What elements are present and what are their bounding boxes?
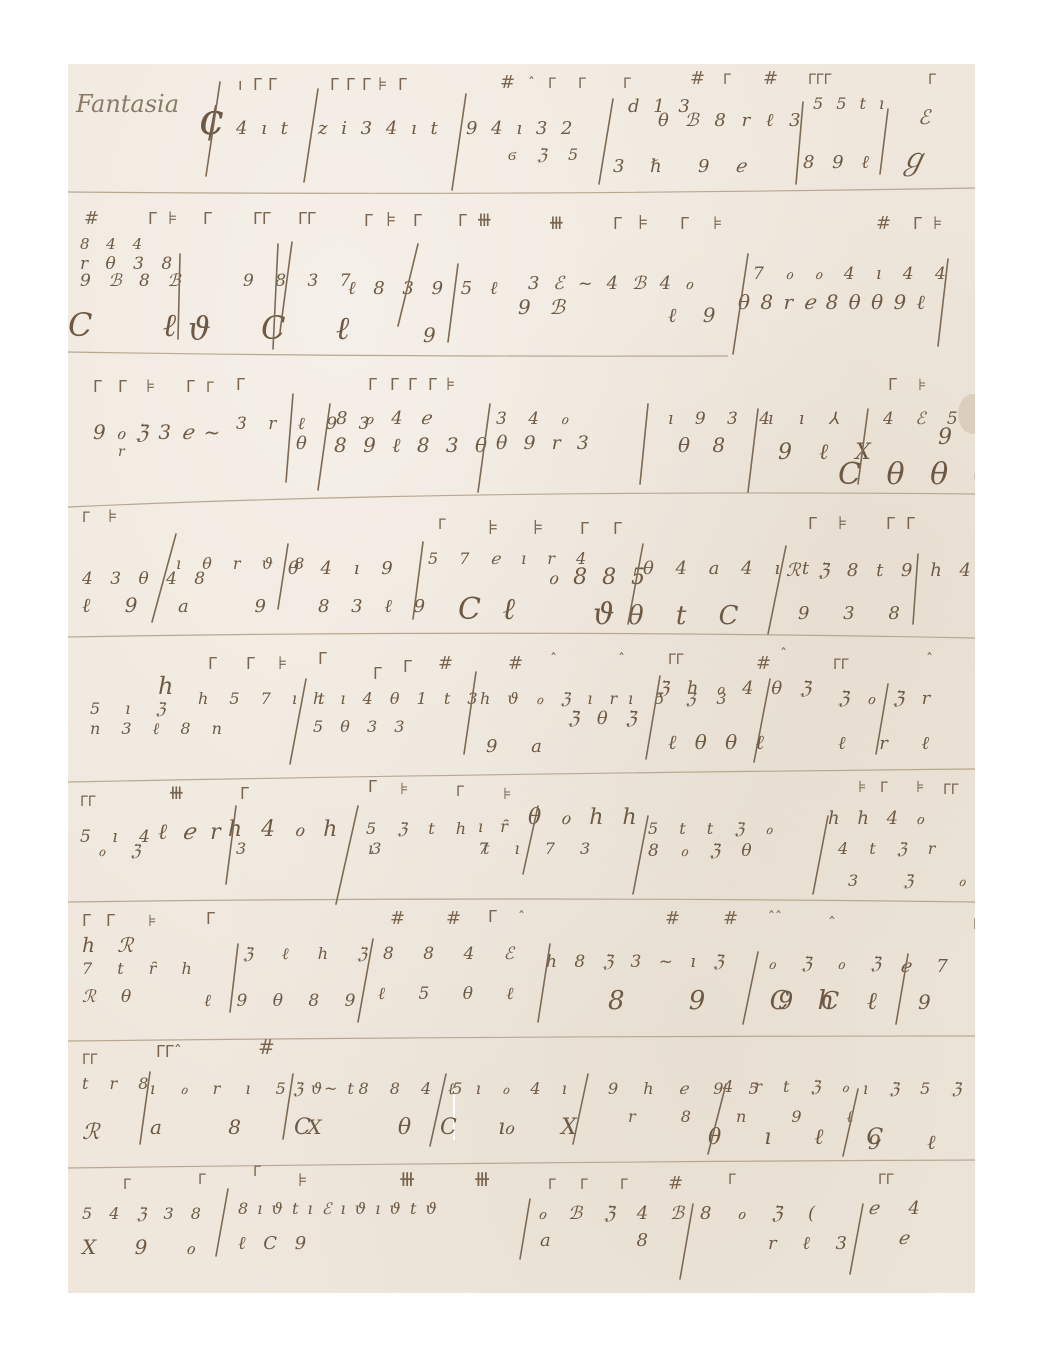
tab-chord-upper: 5 4 ℨ 3 8 [82, 1204, 207, 1223]
rhythm-flag: ᒥᒥ [878, 1172, 894, 1188]
rhythm-flag: ᒥ [246, 654, 255, 673]
tab-chord-upper: 5 ı ℨ [90, 699, 175, 718]
tab-chord-upper: ℎ 8 ℨ 3 ~ ı ℨ [546, 952, 730, 972]
tab-chord-upper: ℨ ℓ ℎ ℨ [243, 944, 379, 963]
rhythm-flag: ⊧ [503, 784, 511, 803]
tab-chord-upper: 9 4 ı 3 2 [466, 118, 576, 139]
rhythm-flag: ᒥ [458, 211, 467, 230]
barline [286, 394, 293, 482]
rhythm-flag: ᒥ [240, 784, 249, 803]
tab-chord-upper: 5 ℨ t ℎ [366, 819, 474, 838]
tab-chord-lower: θ t C [628, 601, 751, 631]
tab-chord-lower: 9 ℬ [518, 295, 571, 319]
rhythm-flag: ᒥᒥˆ [156, 1042, 182, 1061]
rhythm-flag: ᒥ [403, 657, 412, 676]
rhythm-flag: ⊧ [858, 777, 866, 796]
rhythm-flag: ⊧ [638, 210, 648, 234]
rhythm-flag: ᒥ [548, 1177, 556, 1193]
rhythm-flag: ᒥ [346, 75, 355, 94]
barline [538, 944, 550, 1022]
tab-chord-upper: 8 ℴ 4 ℯ [336, 408, 437, 429]
tab-chord-upper: ℓ ı ℴ 4 ı [448, 1079, 575, 1098]
rhythm-flag: ᒥ [723, 72, 731, 88]
rhythm-flag: ᒥ [236, 375, 245, 394]
rhythm-flag: ˆ [550, 652, 557, 668]
system-2: # ᒥ ⊧ ᒥ ᒥᒥ ᒥᒥ ᒥ ⊧ ᒥ ᒥ ⧻ ⧻ ᒥ ⊧ ᒥ ⊧ # ᒥ ⊧ … [68, 207, 954, 354]
rhythm-flag: # [763, 68, 778, 89]
rhythm-flag: ⊧ [713, 213, 722, 234]
rhythm-flag: ⊧ [533, 515, 543, 539]
tab-chord-upper: ı 9 3 4 [668, 409, 778, 429]
rhythm-flag: ᒥ [886, 514, 895, 533]
rhythm-flag: ⊧ [488, 515, 498, 539]
tab-chord-upper: ℓ 8 3 9 5 ℓ [348, 278, 503, 299]
tab-chord-upper: ℛ ℨ 8 t 9 ℎ 4 [786, 560, 975, 581]
rhythm-flag: ˆ [828, 914, 836, 933]
tab-chord-lower: 3 ℏ [613, 156, 672, 177]
rhythm-flag: ᒥ [268, 75, 277, 94]
rhythm-flag: ⊧ [378, 74, 387, 95]
tab-chord-lower: 9 [918, 990, 931, 1014]
rhythm-flag: ˆ [618, 652, 625, 668]
rhythm-flag: ᒥ [318, 649, 327, 668]
tab-chord-lower: 8 ℴ ℨ θ [648, 841, 760, 861]
rhythm-flag: ⊧ [278, 653, 287, 674]
system-9: ᒥ ᒥ ᒥ ⊧ ⧻ ⧻ ᒥ ᒥ ᒥ # ᒥ ᒥᒥ 5 4 ℨ 3 8 8 ı ϑ… [80, 1164, 932, 1279]
tab-chord-lower: 9 ℓ ℓ [868, 1130, 975, 1154]
rhythm-flag: ˆˆ [768, 910, 782, 926]
tab-chord-lower: 8 9 ℓ 8 3 θ [334, 433, 492, 457]
tab-chord-lower: ℛ [82, 1120, 101, 1145]
tab-chord-lower: C ℴ X [440, 1115, 597, 1140]
tab-chord-lower: ℛ θ [82, 987, 141, 1007]
barline [216, 1189, 228, 1256]
rhythm-flag: ᒥ [680, 214, 689, 233]
rhythm-flag: ᒥ [578, 76, 586, 92]
tab-chord-lower: ℓ 5 θ ℓ [378, 984, 527, 1004]
rhythm-flag: ᒥ [368, 777, 377, 796]
tab-chord-upper: 8 ℴ ℨ ( [700, 1203, 825, 1224]
tab-chord-upper: 8 ı ϑ t ı ℰ ı ϑ ı ϑ t ϑ [238, 1199, 439, 1218]
tab-chord-upper: 4 ı t [235, 118, 292, 139]
rhythm-flag: ᒥᒥ [298, 209, 316, 228]
rhythm-flag: ⊧ [108, 506, 117, 527]
rhythm-flag: ᒥ [373, 664, 382, 683]
rhythm-flag: ᒥᒥ [80, 794, 96, 810]
tab-chord-upper: 5 t t ℨ ℴ [648, 819, 781, 838]
tab-chord-upper: ℎ ϑ ℴ ℨ ı r [480, 689, 623, 708]
rhythm-flag: ᒥ [488, 907, 497, 926]
tab-chord-upper: t r 8 [82, 1074, 156, 1093]
tab-chord-upper: 4 ℰ 5 [882, 409, 966, 429]
tab-chord-lower: a 8 [540, 1230, 688, 1251]
rhythm-flag: ᒥ [364, 211, 373, 230]
tab-chord-lower: θ [296, 433, 307, 454]
tab-chord-upper: z i 3 4 ı t [317, 118, 442, 139]
rhythm-flag: # [723, 908, 738, 929]
tab-chord-lower: ℓ r ℓ [838, 733, 943, 754]
rhythm-flag: ᒥ [82, 911, 91, 930]
system-7: ᒥ ᒥ ⊧ ᒥ # # ᒥ ˆ # # ˆˆ ˆ ᒥᒥ ℎ ℛ 7 t ȓ ℎ … [82, 907, 975, 1024]
rhythm-flag: ᒥ [428, 375, 437, 394]
barline [640, 404, 648, 484]
rhythm-flag: ⊧ [933, 213, 942, 234]
tab-chord-upper: 3 ℰ ~ 4 ℬ 4 ℴ [528, 273, 697, 294]
rhythm-flag: ᒥ [93, 377, 102, 396]
rhythm-flag: ᒥ [888, 375, 897, 394]
system-4: ᒥ ⊧ ᒥ ⊧ ⊧ ᒥ ᒥ ᒥ ⊧ ᒥ ᒥ 4 3 θ 4 8 ı θ r ϑ … [81, 506, 975, 634]
rhythm-flag: ˆ [780, 647, 787, 663]
rhythm-flag: ᒥ [906, 514, 915, 533]
rhythm-flag: ᒥ [438, 517, 446, 533]
rhythm-flag: ᒥ [118, 377, 127, 396]
rhythm-flag: ᒥ [456, 784, 464, 800]
rhythm-flag: ᒥ [362, 75, 371, 94]
tab-chord-upper: 9 ℬ 8 ℬ [80, 271, 187, 291]
tab-chord-upper: ℎ ℛ [82, 933, 141, 957]
tab-chord-upper: θ ℴ ℎ ℎ [528, 805, 643, 830]
rhythm-flag: ⊧ [146, 376, 155, 397]
tab-chord-lower: 5 θ 3 3 [313, 717, 410, 736]
rhythm-flag: ⊧ [918, 375, 926, 394]
rhythm-flag: # [508, 653, 523, 674]
tab-chord-upper: ℴ 8 8 5 [548, 565, 649, 590]
rhythm-flag: ⊧ [168, 208, 177, 229]
rhythm-flag: ᒥ [206, 909, 215, 928]
barline [599, 99, 613, 184]
barline [448, 264, 458, 342]
tab-chord-upper: 8 4 4 [80, 235, 148, 253]
rhythm-flag: ⊧ [298, 1170, 307, 1191]
tab-chord-lower: 9 ℯ [698, 156, 756, 177]
tab-chord-upper: 9 ℴ ℨ 3 ℯ ~ [93, 420, 222, 444]
tab-chord-lower: ϭ ℨ 5 [508, 145, 586, 164]
rhythm-flag: ᒥ [253, 1164, 261, 1180]
tab-chord-lower: θ 9 r 3 [496, 432, 594, 454]
rhythm-flag: ᒥᒥ [253, 209, 271, 228]
rhythm-flag: ᒥ [123, 1177, 131, 1193]
tab-chord-lower: ϑ [593, 597, 614, 632]
tab-chord-upper: 5 5 t ı [813, 94, 888, 113]
rhythm-flag: ᒥᒥ [973, 917, 975, 933]
rhythm-flag: ᒥ [728, 1172, 736, 1188]
rhythm-flag: ᒥ [408, 375, 417, 394]
tab-chord-lower: X 9 ℴ [80, 1235, 211, 1259]
tab-chord-upper: 9 [938, 425, 952, 450]
rhythm-flag: ᒥ [368, 375, 377, 394]
tab-chord-lower: ℊ [898, 142, 928, 177]
rhythm-flag: ᒥᒥ [943, 782, 959, 798]
rhythm-flag: ᒥ [82, 510, 90, 526]
rhythm-flag: ᒥ [198, 1172, 206, 1188]
rhythm-flags: ı [238, 75, 248, 94]
rhythm-flag: ᒥ [620, 1177, 628, 1193]
rhythm-flag: ᒥ [808, 514, 817, 533]
tab-chord-lower: 9 C ℓ [778, 987, 887, 1015]
tab-chord-upper: 3 4 ℴ [496, 409, 576, 429]
tab-chord-upper: ı ȓ [478, 817, 514, 836]
tab-chord-upper: ı ℨ 5 ℨ 4 t [863, 1079, 975, 1098]
rhythm-flag: ᒥᒥ [82, 1052, 98, 1068]
rhythm-flag: ˆ [518, 910, 525, 926]
barline [452, 94, 466, 190]
tab-chord-upper: ℨ ℎ ℴ 4 θ ℨ [658, 678, 817, 699]
rhythm-flag: ˆ [926, 652, 933, 668]
rhythm-flag: ᒥ [913, 214, 922, 233]
rhythm-flag: # [438, 653, 453, 674]
tab-chord-lower: 9 a [486, 736, 556, 757]
tab-chord-lower: 9 3 8 [798, 603, 914, 624]
tab-chord-lower: ℓ 9 θ 8 9 [204, 991, 365, 1011]
system-1: ı ᒥ ᒥ ᒥ ᒥ ᒥ ⊧ ᒥ # ˆ ᒥ ᒥ ᒥ # ᒥ # ᒥᒥᒥ ᒥ 4 … [206, 68, 936, 190]
tab-chord-lower: 8 9 ℓ [803, 152, 875, 173]
rhythm-flag: ᒥ [413, 211, 422, 230]
rhythm-flag: # [500, 72, 515, 93]
rhythm-flag: # [756, 653, 771, 674]
rhythm-flag: ᒥ [148, 209, 157, 228]
tab-chord-upper: ℯ 7 [900, 956, 958, 977]
tab-chord-upper: ı ı ⅄ [768, 409, 850, 429]
tab-chord-lower: n 3 ℓ 8 n [90, 719, 230, 738]
rhythm-flag: ⊧ [916, 777, 924, 796]
rhythm-flag: ᒥ [203, 209, 212, 228]
tab-chord-lower: ℓ θ θ ℓ [668, 730, 770, 754]
rhythm-flag: ⧻ [548, 210, 565, 234]
tab-chord-upper: 4 r t ℨ ℴ [722, 1077, 857, 1096]
tab-chord-lower: C ℓ [68, 306, 206, 344]
barline [304, 89, 318, 182]
tab-chord-upper: ℴ ℬ ℨ 4 ℬ [538, 1203, 692, 1224]
rhythm-flag: ᒥ [623, 76, 631, 92]
rhythm-flag: ᒥ [206, 380, 214, 396]
tab-chord-lower: 3 ℨ ℴ [848, 871, 975, 890]
system-5: ᒥ ᒥ ⊧ ᒥ ᒥ ᒥ # # ˆ ˆ ᒥᒥ # ˆ ᒥᒥ ˆ 5 ı ℨ ℎ … [90, 647, 943, 764]
tab-chord-lower: C ℓ [458, 592, 521, 627]
rhythm-flag: ᒥ [253, 75, 262, 94]
manuscript-page: Fantasia ¢ ı ᒥ ᒥ ᒥ ᒥ ᒥ ⊧ ᒥ # ˆ ᒥ ᒥ ᒥ # ᒥ… [68, 64, 975, 1293]
tab-chord-upper: 9 8 3 7 [243, 271, 358, 291]
tab-chord-upper: ℯ 4 [868, 1198, 932, 1219]
rhythm-flag: ⊧ [400, 779, 408, 798]
rhythm-flag: # [258, 1035, 275, 1059]
tab-chord-upper: θ 4 ı 9 [288, 558, 401, 579]
tab-chord-upper: ℎ ı 4 θ 1 t 3 [313, 689, 484, 708]
barline [813, 816, 828, 894]
rhythm-flag: ᒥ [580, 1177, 588, 1193]
rhythm-flag: ᒥᒥ [668, 652, 684, 668]
rhythm-flag: ᒥ [186, 377, 195, 396]
tab-chord-lower: 9 [423, 323, 436, 347]
tab-chord-lower: ϑ C ℓ [188, 309, 369, 347]
system-6: ᒥᒥ ⧻ ᒥ ᒥ ⊧ ᒥ ⊧ ⊧ ᒥ ⊧ ᒥᒥ 5 ı 4 ℓ ℯ r ℎ 4 … [80, 777, 975, 904]
tab-chord-lower: r [118, 444, 126, 460]
rhythm-flag: ᒥ [928, 72, 936, 88]
tab-chord-lower: ℓ 9 [82, 593, 151, 617]
tab-chord-upper: 7 t ȓ ℎ [82, 959, 202, 978]
piece-title: Fantasia [75, 90, 179, 118]
tab-chord-upper: 8 8 4 ℰ [383, 944, 526, 964]
rhythm-flag: ⧻ [473, 1167, 491, 1192]
tab-chord-upper: 7 ℴ ℴ 4 ı 4 4 [753, 264, 954, 284]
rhythm-flag: ᒥᒥ [833, 657, 849, 673]
tab-chord-lower: ℨ θ ℨ [568, 708, 642, 729]
system-3: ᒥ ᒥ ⊧ ᒥ ᒥ ᒥ ᒥ ᒥ ᒥ ᒥ ⊧ ᒥ ⊧ 9 ℴ ℨ 3 ℯ ~ 3 … [93, 374, 975, 492]
system-8: ᒥᒥ ᒥᒥˆ # t r 8 ı ℴ r ı 5 ϑ t ℨ ~ 8 8 4 5… [82, 1035, 975, 1156]
rhythm-flag: ᒥ [398, 75, 407, 94]
rhythm-flag: ᒥ [880, 780, 888, 796]
rhythm-flag: # [690, 68, 705, 89]
tab-chord-upper: ℎ ℎ 4 ℴ [828, 808, 930, 829]
rhythm-flag: ᒥ [613, 214, 622, 233]
tab-chord-lower: t ı 7 3 [483, 839, 600, 858]
rhythm-flag: ᒥ [548, 76, 556, 92]
tab-chord-upper: ℰ [918, 105, 932, 129]
rhythm-flag: # [876, 213, 891, 234]
rhythm-flag: ᒥ [580, 519, 589, 538]
barline [880, 109, 888, 174]
tab-chord-upper: θ ℬ 8 r ℓ 3 [658, 110, 806, 131]
rhythm-flag: # [446, 908, 461, 929]
barline [464, 672, 476, 754]
rhythm-flag: ⧻ [476, 207, 493, 231]
tab-chord-lower: ℓ C 9 [238, 1233, 312, 1254]
tab-chord-upper: ℎ [158, 672, 173, 700]
tab-chord-lower: θ 8 r ℯ 8 θ θ 9 ℓ [738, 290, 927, 314]
tab-chord-lower: ℓ 9 [668, 303, 725, 327]
tab-chord-lower: θ 8 [678, 433, 733, 457]
rhythm-flag: ⧻ [398, 1167, 416, 1192]
rhythm-flag: ⊧ [838, 513, 847, 534]
barline [520, 1199, 530, 1259]
tab-chord-upper: ℴ ℨ ℴ ℨ [768, 954, 891, 974]
rhythm-flag: # [665, 908, 680, 929]
tab-chord-lower: r 8 n 9 ℓ [628, 1107, 873, 1126]
rhythm-flag: # [390, 908, 405, 929]
rhythm-flag: ᒥ [330, 75, 339, 94]
rhythm-flag: ᒥ [613, 519, 622, 538]
rhythm-flag: ᒥᒥᒥ [808, 72, 832, 88]
rhythm-flag: # [668, 1173, 683, 1194]
rhythm-flag: ᒥ [208, 654, 217, 673]
rhythm-flag: ᒥ [106, 911, 115, 930]
rhythm-flag: ⊧ [148, 911, 156, 930]
rhythm-flag: ˆ [528, 76, 535, 92]
rhythm-flag: ⊧ [446, 374, 455, 395]
tab-chord-lower: 4 t ℨ r [837, 839, 943, 858]
rhythm-flag: # [84, 208, 99, 229]
tablature-ink-layer: Fantasia ¢ ı ᒥ ᒥ ᒥ ᒥ ᒥ ⊧ ᒥ # ˆ ᒥ ᒥ ᒥ # ᒥ… [68, 64, 975, 1293]
rhythm-flag: ⊧ [386, 207, 396, 231]
tab-chord-lower: ℴ ℨ [98, 841, 150, 860]
tab-chord-lower: r ℓ 3 [768, 1233, 857, 1254]
tab-chord-lower: ℯ [898, 1228, 911, 1249]
rhythm-flag: ᒥ [390, 375, 399, 394]
rhythm-flag: ⧻ [168, 780, 185, 804]
tab-chord-upper: ℓ ℯ r [158, 820, 225, 845]
